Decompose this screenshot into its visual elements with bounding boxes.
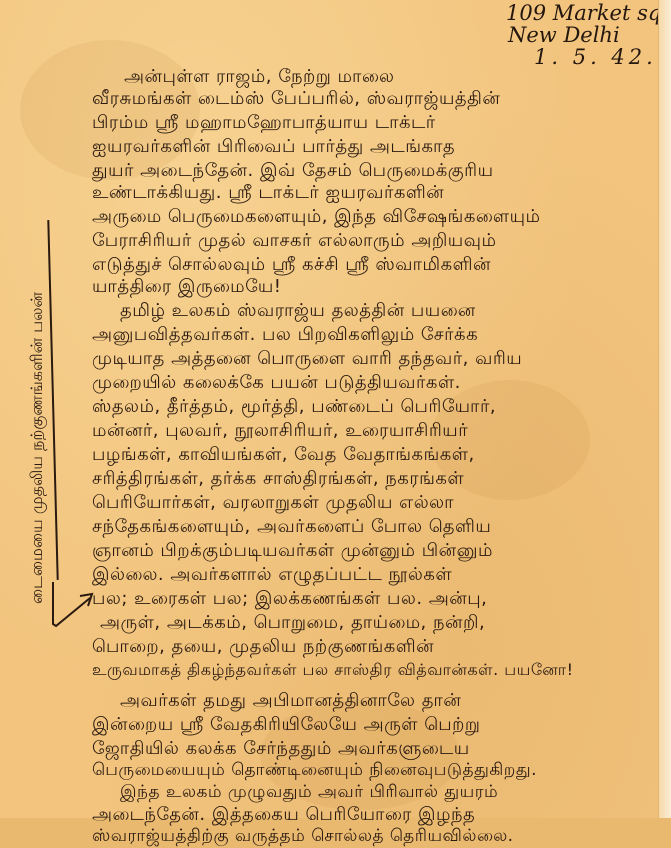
body-line: ஜோதியில் கலக்க சேர்ந்ததும் அவர்களுடைய — [92, 738, 470, 761]
body-line: பழங்கள், காவியங்கள், வேத வேதாங்கங்கள், — [92, 444, 475, 467]
margin-note-text: டைமையை முதலிய நற்குணங்களின் பலன் — [24, 228, 50, 668]
body-line: சரித்திரங்கள், தர்க்க சாஸ்திரங்கள், நகரங… — [92, 468, 464, 491]
body-line: அருமை பெருமைகளையும், இந்த விசேஷங்களையும் — [92, 206, 541, 229]
margin-arrow-icon — [50, 578, 100, 628]
body-line: எடுத்துச் சொல்லவும் ஸ்ரீ கச்சி ஸ்ரீ ஸ்வா… — [92, 254, 491, 277]
body-line: மன்னர், புலவர், நூலாசிரியர், உரையாசிரியர… — [92, 420, 468, 443]
body-line: முறையில் கலைக்கே பயன் படுத்தியவர்கள். — [92, 372, 461, 395]
address-line-2: New Delhi — [508, 24, 620, 46]
body-line: அவர்கள் தமது அபிமானத்தினாலே தான் — [120, 690, 461, 713]
body-line: அருள், அடக்கம், பொறுமை, தாய்மை, நன்றி, — [100, 612, 485, 635]
body-line: ஸ்தலம், தீர்த்தம், மூர்த்தி, பண்டைப் பெர… — [92, 396, 496, 419]
body-line: இன்றைய ஸ்ரீ வேதகிரியிலேயே அருள் பெற்று — [92, 714, 480, 737]
body-line: பொறை, தயை, முதலிய நற்குணங்களின் — [92, 636, 434, 659]
body-line: பல; உரைகள் பல; இலக்கணங்கள் பல. அன்பு, — [92, 588, 487, 611]
body-line: உண்டாக்கியது. ஸ்ரீ டாக்டர் ஐயரவர்களின் — [92, 182, 444, 205]
body-line: பெருமையையும் தொண்டினையும் நினைவுபடுத்துக… — [92, 760, 537, 782]
body-line: பிரம்ம ஸ்ரீ மஹாமஹோபாத்யாய டாக்டர் — [92, 112, 436, 135]
letter-date: 1. 5. 42. — [534, 46, 657, 68]
body-line: அடைந்தேன். இத்தகைய பெரியோரை இழந்த — [92, 804, 475, 818]
paper-edge — [658, 0, 671, 818]
body-line: பேராசிரியர் முதல் வாசகர் எல்லாரும் அறியவ… — [92, 230, 496, 253]
body-line: முடியாத அத்தனை பொருளை வாரி தந்தவர், வரிய — [92, 348, 522, 371]
body-line: பெரியோர்கள், வரலாறுகள் முதலிய எல்லா — [92, 492, 454, 515]
letter-page: 109 Market square, New Delhi 1. 5. 42. அ… — [0, 0, 658, 818]
body-line: சந்தேகங்களையும், அவர்களைப் போல தெளிய — [92, 516, 491, 539]
body-line: அன்புள்ள ராஜம், நேற்று மாலை — [124, 66, 394, 89]
body-line: தமிழ் உலகம் ஸ்வராஜ்ய தலத்தின் பயனை — [120, 300, 476, 323]
body-line: இந்த உலகம் முழுவதும் அவர் பிரிவால் துயரம… — [120, 782, 498, 804]
body-line: ஞானம் பிறக்கும்படியவர்கள் முன்னும் பின்ன… — [92, 540, 493, 563]
body-line: துயர் அடைந்தேன். இவ் தேசம் பெருமைக்குரிய — [92, 160, 494, 183]
margin-note: டைமையை முதலிய நற்குணங்களின் பலன் — [22, 220, 48, 680]
body-line: ஐயரவர்களின் பிரிவைப் பார்த்து அடங்காத — [92, 136, 455, 159]
body-line: இல்லை. அவர்களால் எழுதப்பட்ட நூல்கள் — [92, 564, 452, 587]
body-line: உருவமாகத் திகழ்ந்தவர்கள் பல சாஸ்திர வித்… — [92, 660, 574, 681]
body-line: அனுபவித்தவர்கள். பல பிறவிகளிலும் சேர்க்க — [92, 324, 478, 347]
address-line-1: 109 Market square, — [506, 2, 671, 24]
body-line: யாத்திரை இருமையே! — [92, 276, 282, 299]
body-line: வீரசுமங்கள் டைம்ஸ் பேப்பரில், ஸ்வராஜ்யத்… — [92, 88, 500, 111]
